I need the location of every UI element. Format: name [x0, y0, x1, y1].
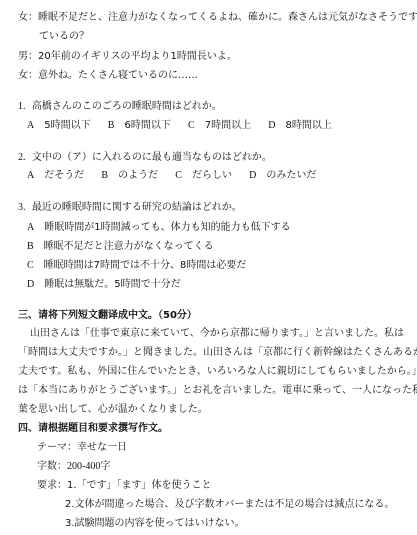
speaker: 女	[18, 12, 28, 23]
question-3-option-d: D睡眠は無駄だ。5時間で十分だ	[27, 279, 181, 291]
dialogue-line-1-cont: ているの？	[39, 31, 89, 43]
requirements-line-1: 要求：1.「です」「ます」体を使うこと	[37, 480, 212, 492]
count-line: 字数：200-400字	[37, 461, 110, 473]
speaker: 女	[18, 70, 28, 81]
question-number: 1.	[18, 101, 26, 112]
question-text: 文中の（ア）に入れるのに最も適当なものはどれか。	[32, 152, 272, 163]
section-3-line: は「本当にありがとうございます。」とお礼を言いました。電車に乗って、一人になった…	[18, 385, 417, 397]
separator: ：	[28, 51, 38, 62]
dialogue-line-1: 女：睡眠不足だと、注意力がなくなってくるよね、確かに。森さんは元気がなさそうです…	[18, 12, 417, 24]
option-a: A5時間以下	[27, 120, 91, 132]
option-d: D8時間以上	[268, 120, 332, 132]
dialogue-line-3: 女：意外ね。たくさん寝ているのに……	[18, 70, 198, 82]
separator: ：	[28, 70, 38, 81]
question-number: 2.	[18, 152, 26, 163]
requirement: 3.試験問題の内容を使ってはいけない。	[65, 518, 245, 530]
question-3-option-c: C睡眠時間は7時間では不十分、8時間は必要だ	[27, 260, 246, 272]
theme-label: テーマ：	[37, 442, 77, 453]
question-2-options: Aだそうだ Bのようだ Cだらしい Dのみたいだ	[27, 170, 316, 182]
question-3-prompt: 3. 最近の睡眠時間に関する研究の結論はどれか。	[18, 202, 242, 214]
option-b: Bのようだ	[101, 170, 158, 182]
question-3-option-a: A睡眠時間が1時間減っても、体力も知的能力も低下する	[27, 222, 291, 234]
section-3-line: 葉を思い出して、心が温かくなりました。	[18, 404, 208, 416]
section-3-line: 山田さんは「仕事で東京に来ていて、今から京都に帰ります。」と言いました。私は	[30, 328, 404, 340]
dialogue-text: 睡眠不足だと、注意力がなくなってくるよね、確かに。森さんは元気がなさそうですね。…	[38, 12, 417, 23]
question-text: 高橋さんのこのごろの睡眠時間はどれか。	[32, 101, 222, 112]
option-c: C7時間以上	[188, 120, 251, 132]
count-value: 200-400字	[67, 461, 110, 472]
question-3-option-b: B睡眠不足だと注意力がなくなってくる	[27, 241, 214, 253]
requirement: 2.文体が間違った場合、及び字数オバーまたは不足の場合は減点になる。	[65, 499, 394, 511]
section-3-line: 「時間は大丈夫ですか。」と聞きました。山田さんは「京都に行く新幹線はたくさんある…	[18, 347, 417, 359]
question-number: 3.	[18, 202, 26, 213]
theme-line: テーマ：幸せな一日	[37, 442, 127, 454]
requirements-label: 要求：	[37, 480, 67, 491]
separator: ：	[28, 12, 38, 23]
section-3-line: 丈夫です。私も、外国に住んでいたとき、いろいろな人に親切にしてもらいましたから。…	[18, 366, 417, 378]
section-4-heading: 四、请根据题目和要求撰写作文。	[18, 423, 168, 435]
speaker: 男	[18, 51, 28, 62]
option-a: Aだそうだ	[27, 170, 84, 182]
option-c: Cだらしい	[175, 170, 232, 182]
dialogue-text: 20年前のイギリスの平均より1時間長いよ。	[38, 51, 237, 62]
option-b: B6時間以下	[108, 120, 171, 132]
question-text: 最近の睡眠時間に関する研究の結論はどれか。	[32, 202, 242, 213]
dialogue-line-2: 男：20年前のイギリスの平均より1時間長いよ。	[18, 51, 237, 63]
section-3-heading: 三、请将下列短文翻译成中文。（50分）	[18, 310, 197, 322]
question-2-prompt: 2. 文中の（ア）に入れるのに最も適当なものはどれか。	[18, 152, 272, 164]
question-1-options: A5時間以下 B6時間以下 C7時間以上 D8時間以上	[27, 120, 332, 132]
option-d: Dのみたいだ	[249, 170, 316, 182]
dialogue-text: 意外ね。たくさん寝ているのに……	[38, 70, 198, 81]
theme-value: 幸せな一日	[77, 442, 127, 453]
count-label: 字数：	[37, 461, 67, 472]
requirement: 1.「です」「ます」体を使うこと	[67, 480, 212, 491]
question-1-prompt: 1. 高橋さんのこのごろの睡眠時間はどれか。	[18, 101, 222, 113]
